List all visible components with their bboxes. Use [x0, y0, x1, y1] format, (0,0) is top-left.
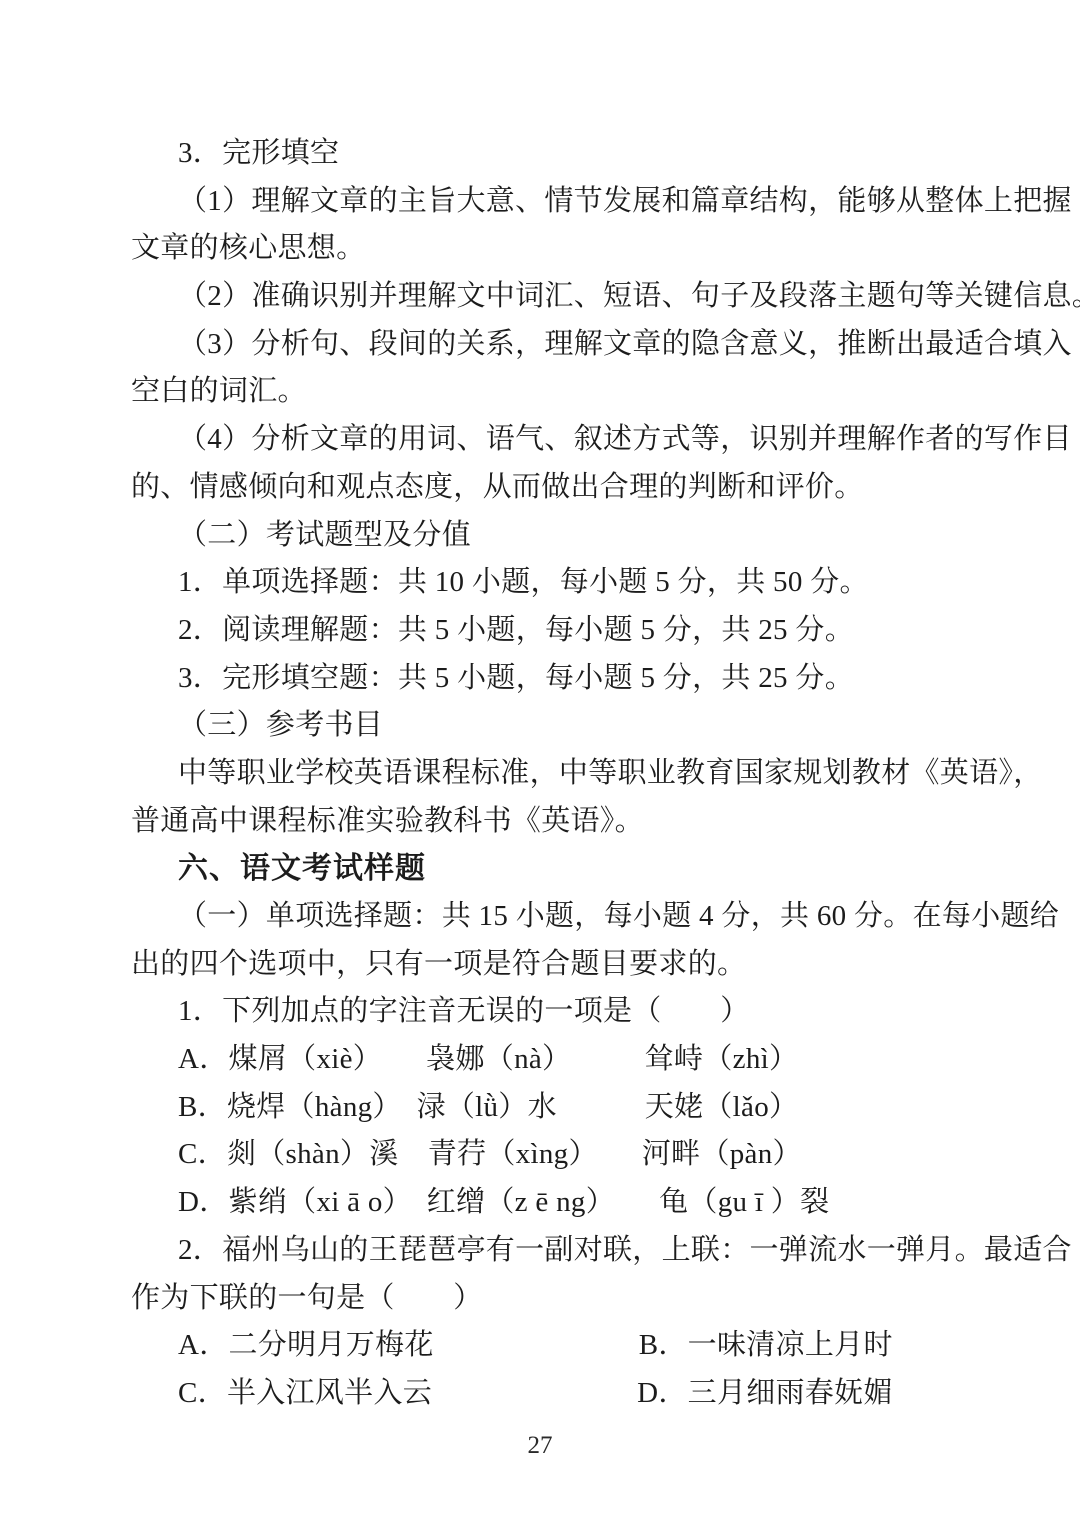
question-line: 作为下联的一句是（ ） [131, 1275, 963, 1323]
option-line: C．剡（shàn）溪 青荇（xìng） 河畔（pàn） [131, 1131, 963, 1179]
question-line: 2．福州乌山的王琵琶亭有一副对联，上联：一弹流水一弹月。最适合 [131, 1227, 963, 1275]
text-line: 出的四个选项中，只有一项是符合题目要求的。 [131, 941, 963, 989]
text-line: 1．单项选择题：共 10 小题，每小题 5 分，共 50 分。 [131, 559, 963, 607]
text-line: 3．完形填空 [131, 130, 963, 178]
text-line: （4）分析文章的用词、语气、叙述方式等，识别并理解作者的写作目 [131, 416, 963, 464]
document-page: 3．完形填空 （1）理解文章的主旨大意、情节发展和篇章结构，能够从整体上把握 文… [0, 0, 1080, 1527]
text-line: 中等职业学校英语课程标准，中等职业教育国家规划教材《英语》， [131, 750, 963, 798]
text-line: 2．阅读理解题：共 5 小题，每小题 5 分，共 25 分。 [131, 607, 963, 655]
option-line: D．紫绡（xi ā o） 红缯（z ē ng） 龟（gu ī ）裂 [131, 1179, 963, 1227]
option-line: B．烧焊（hàng） 渌（lǜ）水 天姥（lǎo） [131, 1084, 963, 1132]
option-line: C．半入江风半入云 D．三月细雨春妩媚 [131, 1370, 963, 1418]
text-line: （2）准确识别并理解文中词汇、短语、句子及段落主题句等关键信息。 [131, 273, 963, 321]
text-line: 3．完形填空题：共 5 小题，每小题 5 分，共 25 分。 [131, 655, 963, 703]
text-line: 的、情感倾向和观点态度，从而做出合理的判断和评价。 [131, 464, 963, 512]
section-heading: 六、语文考试样题 [131, 845, 963, 893]
text-line: 空白的词汇。 [131, 368, 963, 416]
text-line: （1）理解文章的主旨大意、情节发展和篇章结构，能够从整体上把握 [131, 178, 963, 226]
text-line: （一）单项选择题：共 15 小题，每小题 4 分，共 60 分。在每小题给 [131, 893, 963, 941]
subsection-heading: （三）参考书目 [131, 702, 963, 750]
page-content: 3．完形填空 （1）理解文章的主旨大意、情节发展和篇章结构，能够从整体上把握 文… [131, 130, 963, 1418]
text-line: 文章的核心思想。 [131, 225, 963, 273]
page-number: 27 [0, 1432, 1080, 1460]
option-line: A．煤屑（xiè） 袅娜（nà） 耸峙（zhì） [131, 1036, 963, 1084]
text-line: 普通高中课程标准实验教科书《英语》。 [131, 798, 963, 846]
option-line: A．二分明月万梅花 B．一味清凉上月时 [131, 1322, 963, 1370]
subsection-heading: （二）考试题型及分值 [131, 512, 963, 560]
question-line: 1．下列加点的字注音无误的一项是（ ） [131, 988, 963, 1036]
text-line: （3）分析句、段间的关系，理解文章的隐含意义，推断出最适合填入 [131, 321, 963, 369]
